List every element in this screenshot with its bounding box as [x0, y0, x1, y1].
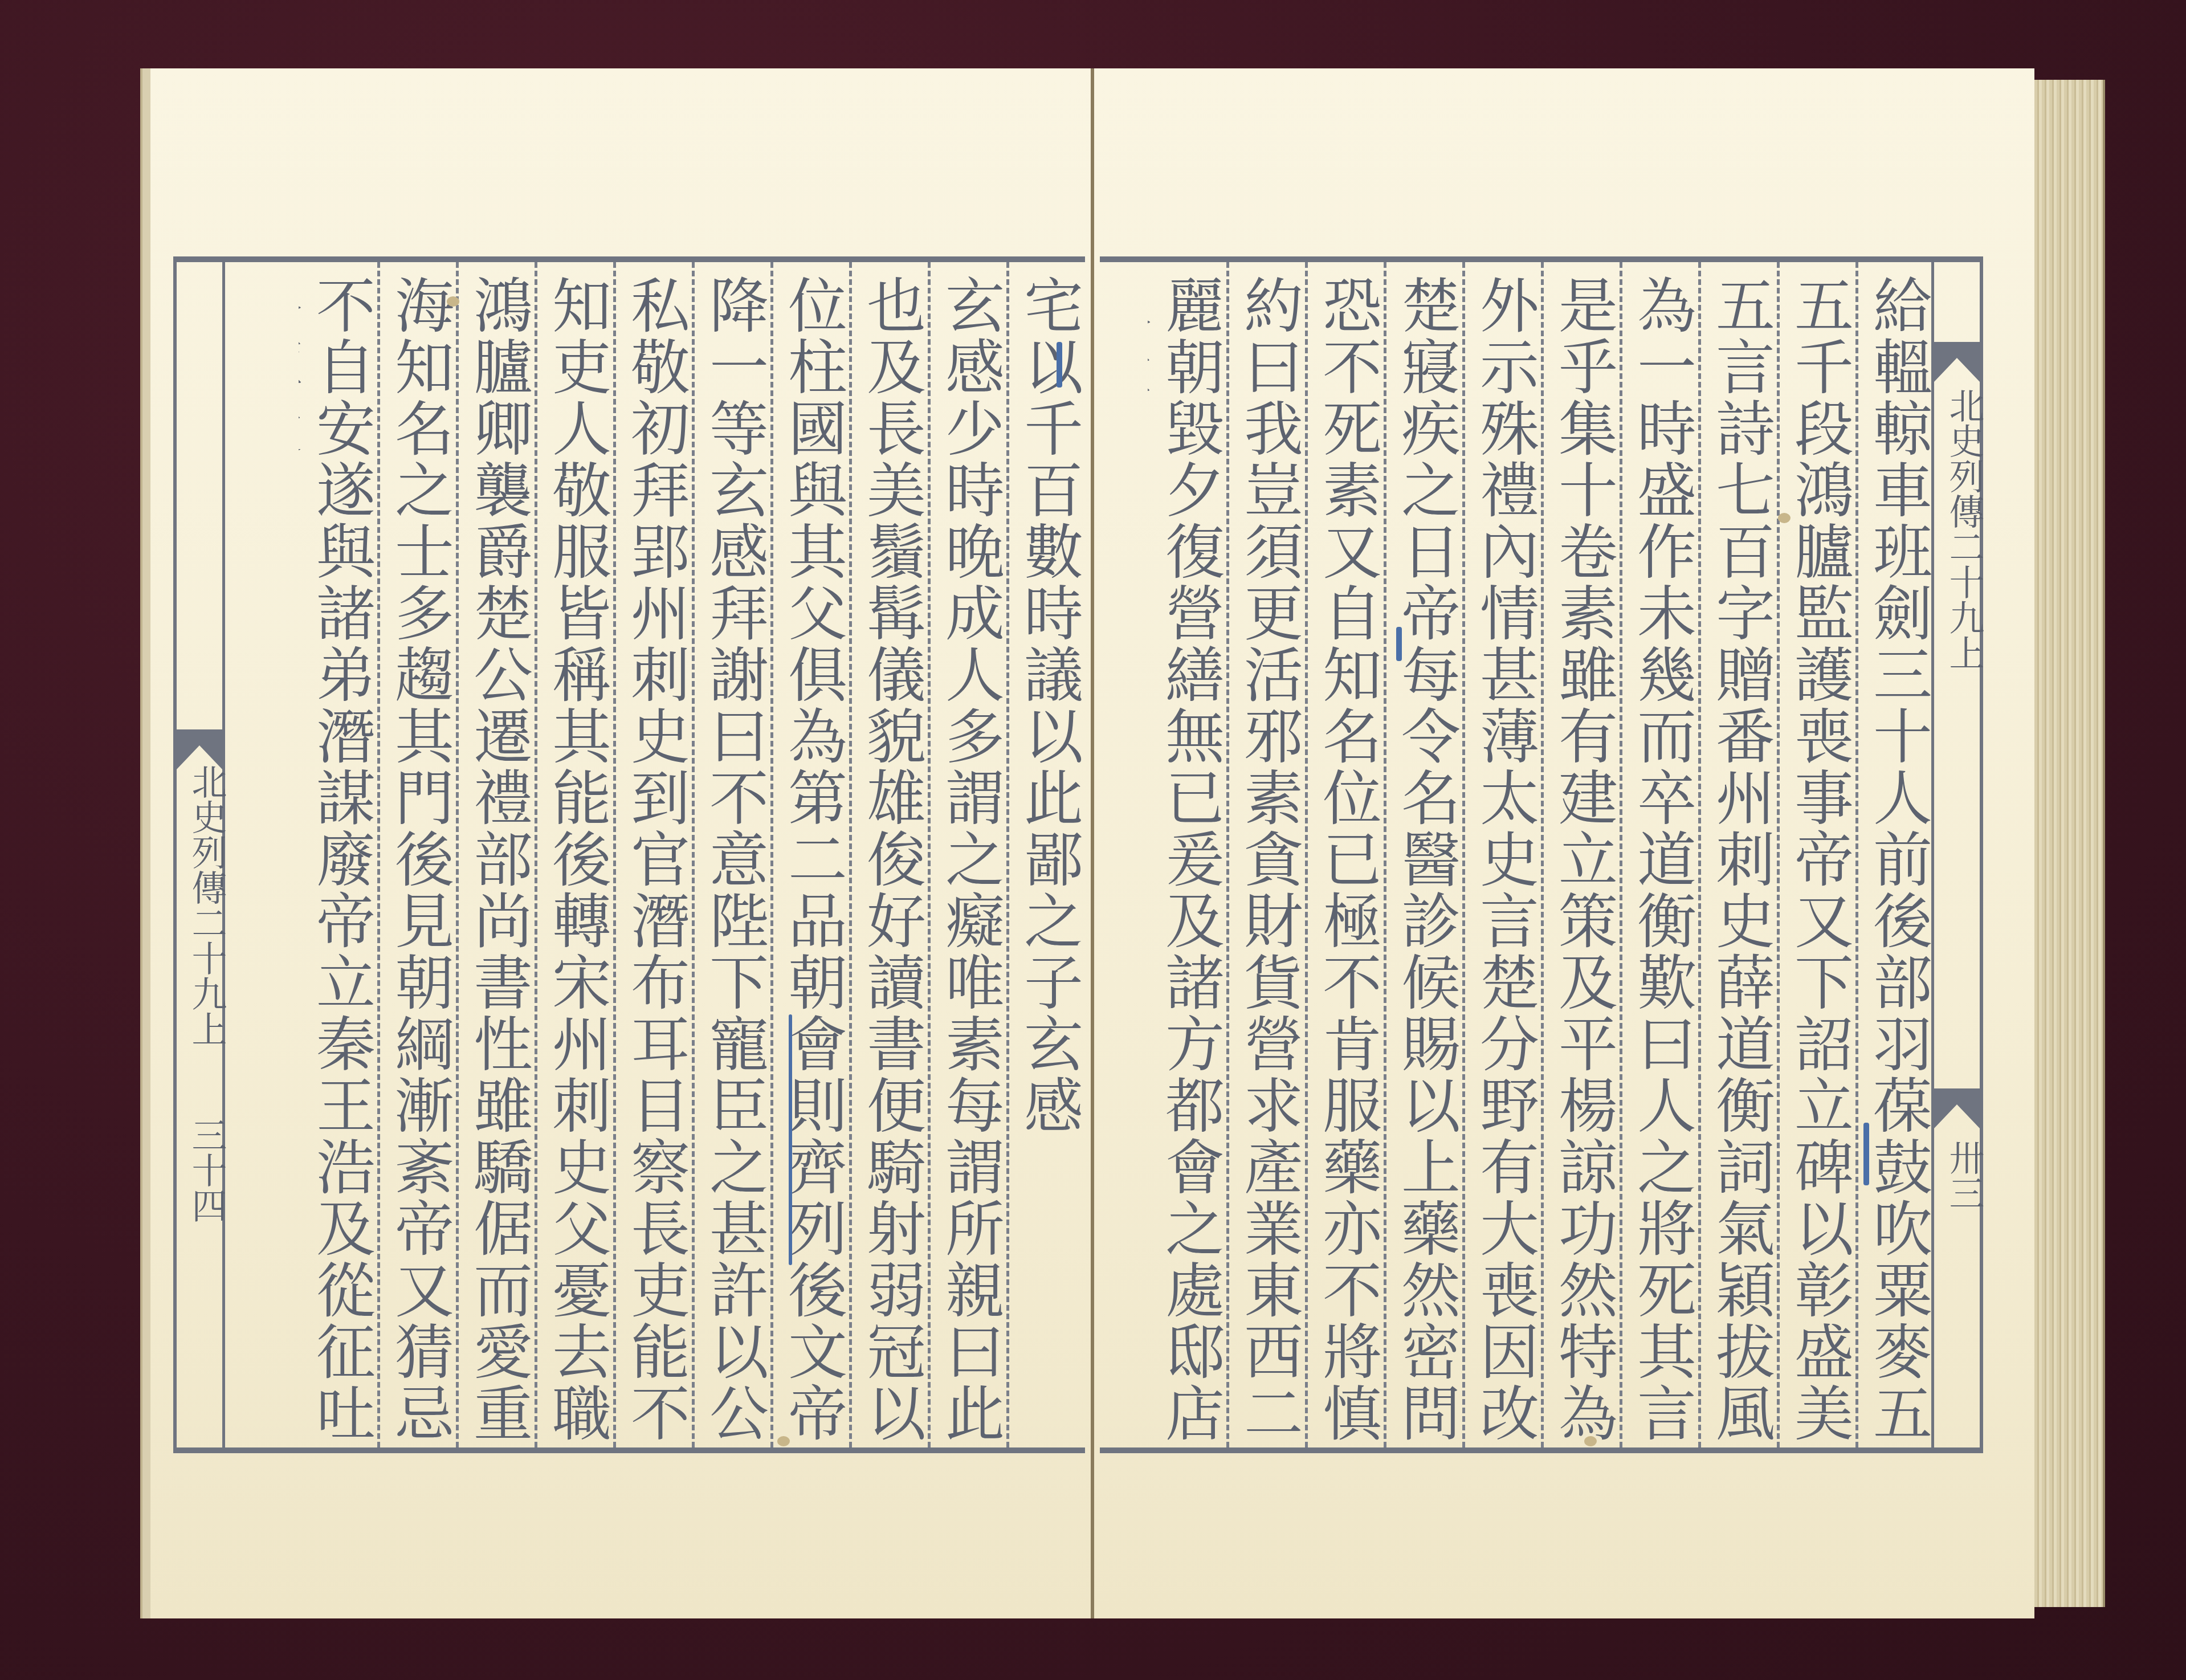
open-book: 北史列傳二十九上 三十四 宅以千百數時議以此鄙之子玄感 玄感少時晚成人多謂之癡唯… [142, 68, 2080, 1618]
banxin-title: 北史列傳二十九上 [1939, 388, 1989, 670]
wormhole [447, 296, 459, 307]
wormhole [1778, 513, 1791, 523]
blue-annotation-mark [1396, 627, 1402, 661]
wormhole [777, 1436, 790, 1446]
text-column: 鴻臚卿襲爵楚公遷禮部尚書性雖驕倨而愛重文學四 [456, 262, 535, 1447]
blue-annotation-mark [1057, 342, 1062, 388]
banxin-page-number: 卅三 [1939, 1140, 1989, 1210]
text-column: 也及長美鬚髯儀貌雄俊好讀書便騎射弱冠以父軍功 [849, 262, 928, 1447]
blue-annotation-line [789, 1014, 792, 1265]
text-column: 恐不死素又自知名位已極不肯服藥亦不將慎每語弟 [1305, 262, 1384, 1447]
left-page-print-frame: 北史列傳二十九上 三十四 宅以千百數時議以此鄙之子玄感 玄感少時晚成人多謂之癡唯… [173, 256, 1085, 1453]
text-column: 為一時盛作未幾而卒道衡歎曰人之將死其言也善豈 [1620, 262, 1698, 1447]
text-column: 不自安遂與諸弟潛謀廢帝立秦王浩及從征吐谷渾還 [299, 262, 377, 1447]
text-column: 位柱國與其父俱為第二品朝會則齊列後文帝命玄感 [770, 262, 849, 1447]
text-column: 麗朝毀夕復營繕無已爰及諸方都會之處邸店水磑田 [1148, 262, 1226, 1447]
text-column: 私敬初拜郢州刺史到官潛布耳目察長吏能不纖介必 [613, 262, 692, 1447]
text-column: 約曰我豈須更活邪素貪財貨營求產業東西二京居宅侈 [1226, 262, 1305, 1447]
text-column: 玄感少時晚成人多謂之癡唯素每謂所親曰此兒不癡 [928, 262, 1006, 1447]
page-stack-edge [2034, 80, 2105, 1607]
text-column: 五千段鴻臚監護喪事帝又下詔立碑以彰盛美素嘗以 [1777, 262, 1855, 1447]
text-column: 楚寢疾之日帝每令名醫診候賜以上藥然密問醫人恆 [1384, 262, 1462, 1447]
text-column: 海知名之士多趨其門後見朝綱漸紊帝又猜忌曰甚內 [377, 262, 456, 1447]
text-column: 五言詩七百字贈番州刺史薛道衡詞氣穎拔風韻秀上 [1698, 262, 1777, 1447]
right-banxin: 北史列傳二十九上 卅三 [1931, 262, 1980, 1447]
left-text-columns: 宅以千百數時議以此鄙之子玄感 玄感少時晚成人多謂之癡唯素每謂所親曰此兒不癡 也及… [234, 262, 1085, 1447]
left-banxin: 北史列傳二十九上 三十四 [177, 262, 225, 1447]
text-column: 是乎集十卷素雖有建立策及平楊諒功然特為帝猜忌 [1541, 262, 1620, 1447]
text-column: 知吏人敬服皆稱其能後轉宋州刺史父憂去職歲餘拜 [535, 262, 613, 1447]
fishtail-ornament-icon [1934, 1088, 1980, 1128]
left-page: 北史列傳二十九上 三十四 宅以千百數時議以此鄙之子玄感 玄感少時晚成人多謂之癡唯… [142, 68, 1096, 1618]
text-column: 外示殊禮內情甚薄太史言楚分野有大喪因改封素於 [1462, 262, 1541, 1447]
wormhole [1584, 1436, 1597, 1446]
text-column: 宅以千百數時議以此鄙之子玄感 [1006, 262, 1085, 1447]
blue-annotation-mark [1863, 1123, 1869, 1185]
right-page-print-frame: 給轀輬車班劍三十人前後部羽葆鼓吹粟麥五千石物 五千段鴻臚監護喪事帝又下詔立碑以彰… [1100, 256, 1983, 1453]
text-column: 降一等玄感拜謝曰不意陛下寵臣之甚許以公庭獲展 [692, 262, 770, 1447]
right-page: 給轀輬車班劍三十人前後部羽葆鼓吹粟麥五千石物 五千段鴻臚監護喪事帝又下詔立碑以彰… [1094, 68, 2034, 1618]
fishtail-ornament-icon [1934, 342, 1980, 382]
banxin-page-number: 三十四 [181, 1117, 232, 1223]
right-text-columns: 給轀輬車班劍三十人前後部羽葆鼓吹粟麥五千石物 五千段鴻臚監護喪事帝又下詔立碑以彰… [1100, 262, 1934, 1447]
text-column: 給轀輬車班劍三十人前後部羽葆鼓吹粟麥五千石物 [1855, 262, 1934, 1447]
banxin-title: 北史列傳二十九上 [181, 764, 232, 1046]
